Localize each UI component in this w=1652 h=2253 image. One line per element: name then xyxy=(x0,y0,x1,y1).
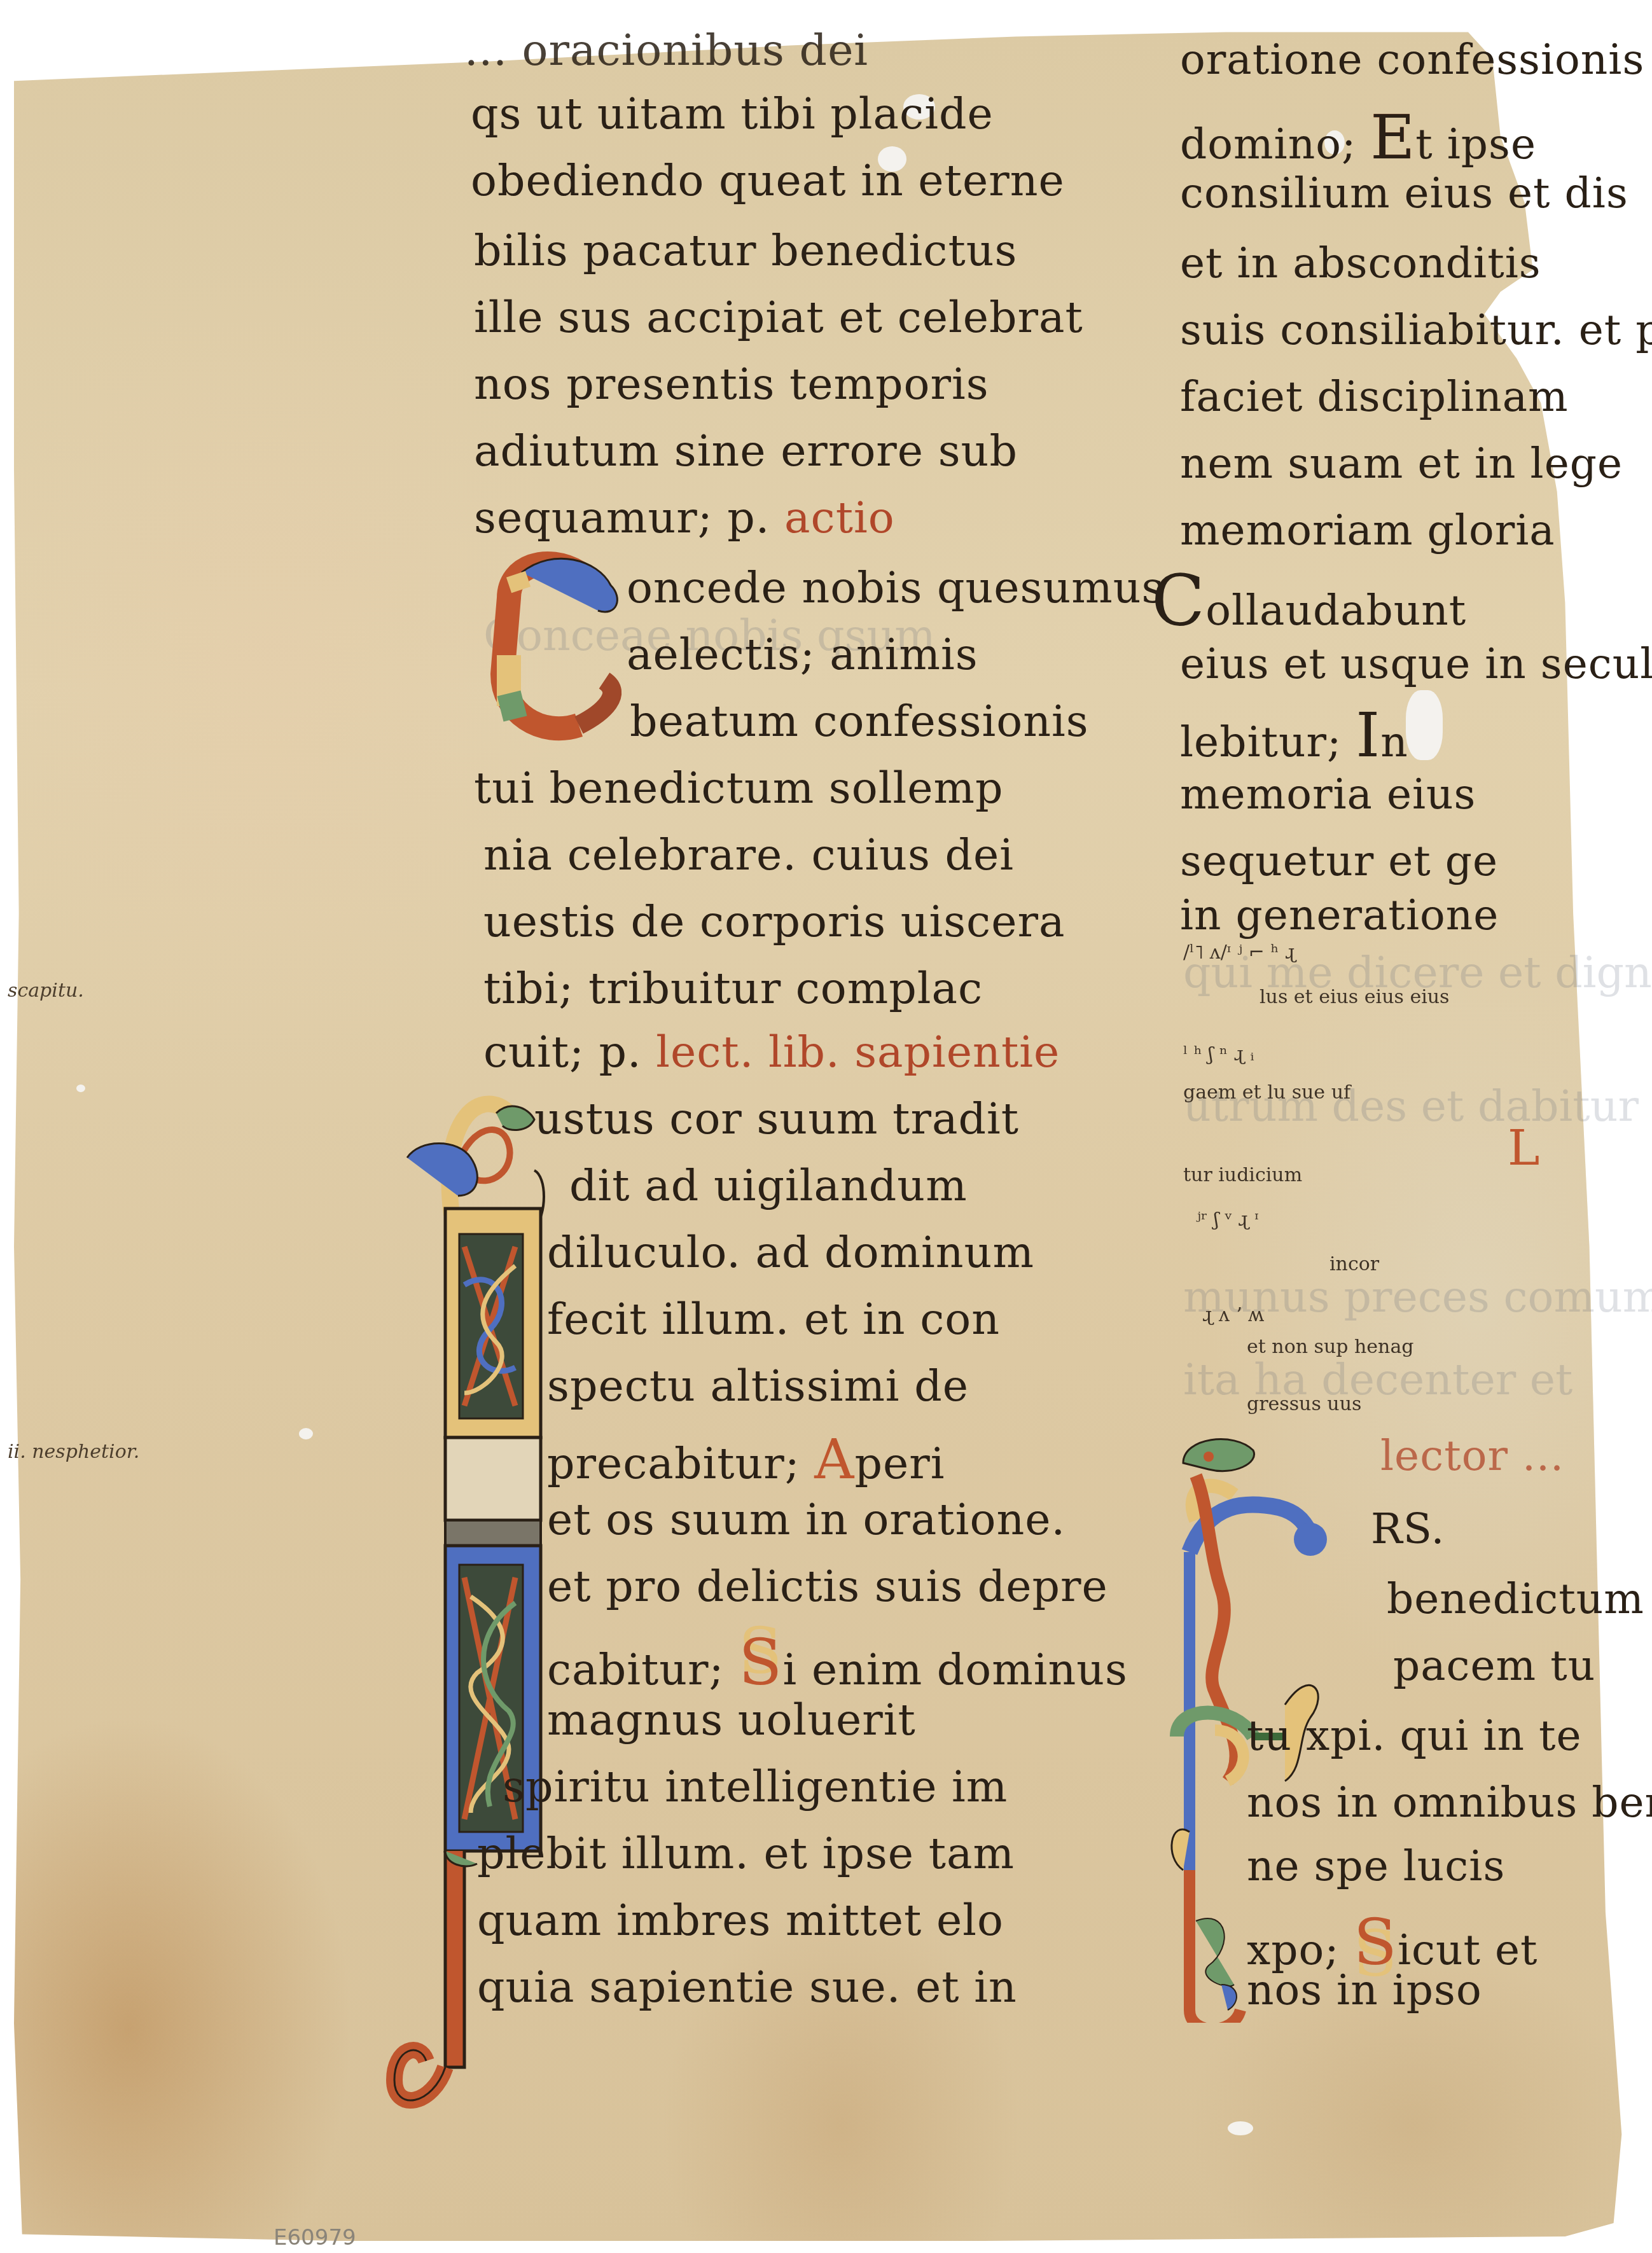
text-line: ille sus accipiat et celebrat xyxy=(474,293,1083,343)
text-line: qs ut uitam tibi placide xyxy=(471,89,994,139)
neumes: /ˡ˥ ʌ/ᶦ ʲ ⌐ ʰ ɻ xyxy=(1183,941,1296,964)
neumes: ʲʳ ʃ ᵛ ɻ ᶦ xyxy=(1196,1209,1259,1231)
text-line: diluculo. ad dominum xyxy=(547,1228,1034,1278)
text-line: quia sapientie sue. et in xyxy=(477,1962,1017,2013)
initial-c: C xyxy=(1151,560,1205,641)
text-line: benedictum xyxy=(1387,1574,1644,1623)
text-segment: n xyxy=(1380,717,1408,766)
text-line: cabitur; Si enim dominus xyxy=(547,1625,1128,1700)
text-line: magnus uoluerit xyxy=(547,1695,916,1745)
text-line: ne spe lucis xyxy=(1247,1841,1505,1890)
text-line: lebitur; In xyxy=(1180,700,1408,771)
text-line: consilium eius et dis xyxy=(1180,169,1628,218)
text-line: et in absconditis xyxy=(1180,239,1541,288)
chant-text: tur iudicium xyxy=(1183,1164,1302,1186)
text-line: nia celebrare. cuius dei xyxy=(483,830,1014,880)
text-line: eius et usque in seculum xyxy=(1180,639,1652,688)
text-line: in generatione xyxy=(1180,891,1499,939)
text-line: nem suam et in lege xyxy=(1180,439,1623,488)
text-line: nos in ipso xyxy=(1247,1965,1482,2014)
text-line: ustus cor suum tradit xyxy=(534,1094,1019,1144)
text-segment: t ipse xyxy=(1415,120,1536,169)
text-line: spiritu intelligentie im xyxy=(503,1762,1008,1812)
text-line: uestis de corporis uiscera xyxy=(483,897,1065,947)
worm-hole xyxy=(1228,2121,1253,2135)
neumes: ˡ ʰ ʃ ⁿ ɻ ᵢ xyxy=(1183,1043,1254,1065)
initial-i: I xyxy=(1356,700,1380,771)
decorated-initial-c xyxy=(471,547,636,751)
text-line: faciet disciplinam xyxy=(1180,372,1569,421)
text-segment: lebitur; xyxy=(1180,717,1356,766)
chant-text: incor xyxy=(1329,1253,1379,1275)
text-line: oratione confessionis xyxy=(1180,35,1644,84)
text-line: fecit illum. et in con xyxy=(547,1294,1000,1345)
initial-e: E xyxy=(1370,102,1415,173)
decorated-initial-i xyxy=(382,1075,547,2118)
text-segment: ollaudabunt xyxy=(1205,586,1466,635)
neumes: ɻ ʌ ʼ ʍ xyxy=(1202,1304,1264,1326)
chant-text: gaem et lu sue uf xyxy=(1183,1081,1350,1104)
text-line: tibi; tribuitur complac xyxy=(483,964,983,1014)
text-line: domino; Et ipse xyxy=(1180,102,1536,173)
rubric: lector ... xyxy=(1380,1431,1564,1480)
margin-note: ii. nesphetior. xyxy=(8,1441,139,1463)
chant-text: gressus uus xyxy=(1247,1393,1361,1415)
text-line: sequetur et ge xyxy=(1180,836,1498,885)
text-line: et pro delictis suis depre xyxy=(547,1562,1108,1612)
text-line: memoriam gloria xyxy=(1180,506,1555,555)
text-line: nos presentis temporis xyxy=(474,359,989,410)
text-line: dit ad uigilandum xyxy=(569,1161,968,1211)
text-line: RS. xyxy=(1371,1504,1445,1553)
worm-hole xyxy=(76,1085,85,1092)
text-segment: cabitur; xyxy=(547,1645,739,1695)
text-line: adiutum sine errore sub xyxy=(474,426,1018,476)
text-line: pacem tu xyxy=(1393,1641,1595,1690)
text-line: tui benedictum sollemp xyxy=(474,763,1003,814)
rubric: actio xyxy=(784,493,895,543)
chant-text: et non sup henag xyxy=(1247,1336,1414,1358)
text-line: precabitur; Aperi xyxy=(547,1428,945,1492)
chant-text: lus et eius eius eius xyxy=(1260,986,1449,1008)
initial-s: S xyxy=(739,1625,783,1700)
text-line: ... oracionibus dei xyxy=(464,25,868,76)
text-segment: domino; xyxy=(1180,120,1370,169)
margin-note: scapitu. xyxy=(8,980,84,1002)
text-line: memoria eius xyxy=(1180,770,1476,819)
text-segment: precabitur; xyxy=(547,1439,814,1489)
text-line: bilis pacatur benedictus xyxy=(474,226,1017,276)
text-segment: cuit; p. xyxy=(483,1027,656,1078)
text-line: sequamur; p. actio xyxy=(474,493,895,543)
text-line: aelectis; animis xyxy=(627,630,978,680)
rubric: lect. lib. sapientie xyxy=(656,1027,1060,1078)
text-segment: i enim dominus xyxy=(783,1645,1128,1695)
text-line: beatum confessionis xyxy=(630,697,1089,747)
text-line: obediendo queat in eterne xyxy=(471,156,1065,206)
text-line: nos in omnibus bene xyxy=(1247,1778,1652,1827)
text-line: oncede nobis quesumus xyxy=(627,563,1164,613)
worm-hole xyxy=(1406,690,1443,760)
text-line: quam imbres mittet elo xyxy=(477,1896,1004,1946)
text-line: suis consiliabitur. et p xyxy=(1180,305,1652,354)
text-segment: sequamur; p. xyxy=(474,493,784,543)
show-through-text: ita ha decenter et xyxy=(1183,1355,1572,1405)
worm-hole xyxy=(299,1428,313,1439)
red-initial-l: L xyxy=(1508,1120,1539,1176)
text-line: tu xpi. qui in te xyxy=(1247,1711,1582,1760)
text-line: et os suum in oratione. xyxy=(547,1495,1065,1545)
text-segment: peri xyxy=(854,1439,945,1489)
initial-a: A xyxy=(814,1428,854,1492)
text-line: spectu altissimi de xyxy=(547,1361,969,1411)
shelfmark: E60979 xyxy=(274,2225,356,2250)
text-line: plebit illum. et ipse tam xyxy=(477,1829,1015,1879)
text-line: Collaudabunt xyxy=(1151,560,1466,641)
text-line: cuit; p. lect. lib. sapientie xyxy=(483,1027,1060,1078)
